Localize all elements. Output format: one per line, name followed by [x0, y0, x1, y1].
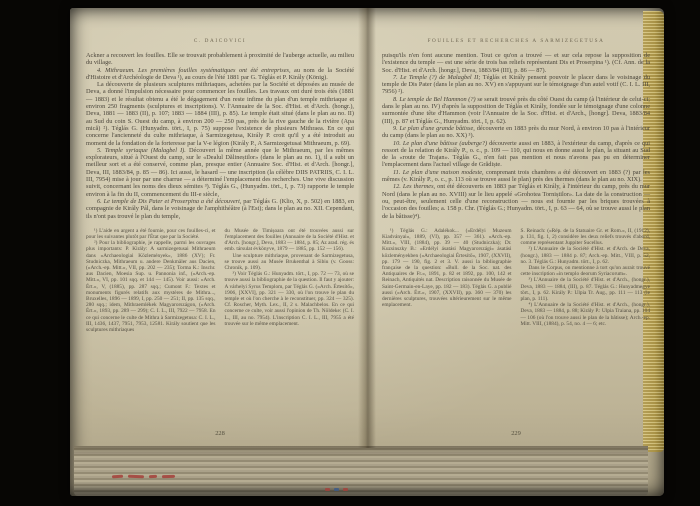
paragraph: 10. Le plan d'une bâtisse (auberge?) déc…: [382, 140, 650, 169]
book-bottom-page-block: [74, 446, 648, 496]
paragraph: La découverte de plusieurs sculptures mi…: [86, 81, 354, 147]
left-page-footnotes: ¹) L'aide en argent a été fournie, pour …: [86, 228, 354, 333]
right-page-body: puisqu'ils n'en font aucune mention. Tou…: [382, 52, 650, 220]
right-page: FOUILLES ET RECHERCHES A SARMIZEGETUSA p…: [380, 12, 652, 440]
footnote: ³) L'Annuaire de la Société d'Hist. et d…: [521, 277, 651, 302]
open-book-scan: C. DAICOVICI Ackner a recouvert les foui…: [70, 8, 664, 496]
paragraph: 7. Le Temple (?) de Malagbel II; Téglás …: [382, 74, 650, 96]
color-specks: [325, 488, 348, 491]
page-number-left: 228: [84, 430, 356, 437]
footnote: ¹) Téglás G.: Adalékok... («Erdélyi Muze…: [382, 228, 512, 309]
footnote: ³) Voir Téglás G.: Hunyadm. tört., I, pp…: [225, 271, 355, 327]
photo-of-book-spread: { "photo": { "paper_color": "#cdc5ab", "…: [0, 0, 700, 506]
paragraph: puisqu'ils n'en font aucune mention. Tou…: [382, 52, 650, 74]
footnote: ⁴) L'Annuaire de la Société d'Hist. et d…: [521, 302, 651, 327]
footnote: Une sculpture mithriaque, provenant de S…: [225, 253, 355, 272]
book-gutter-shadow: [358, 8, 376, 448]
footnote: ²) L'Annuaire de la Société d'Hist. et d…: [521, 246, 651, 265]
footnote-column: du Musée de Timișoara ont été trouvées a…: [225, 228, 355, 333]
page-number-right: 229: [380, 430, 652, 437]
paragraph: 5. Temple syriaque (Malagbel I). Découve…: [86, 147, 354, 198]
paragraph: Ackner a recouvert les fouilles. Elle se…: [86, 52, 354, 67]
paragraph: 4. Mithraeum. Les premières fouilles sys…: [86, 67, 354, 82]
red-ink-marks: [112, 472, 175, 480]
left-page: C. DAICOVICI Ackner a recouvert les foui…: [84, 12, 356, 440]
paragraph: 8. Le temple de Bel Hammon (?) se serait…: [382, 96, 650, 125]
footnote-column: S. Reinach: («Rép. de la Statuaire Gr. e…: [521, 228, 651, 327]
footnote-continuation: S. Reinach: («Rép. de la Statuaire Gr. e…: [521, 228, 651, 247]
footnote: Dans le Corpus, on mentionne à tort qu'o…: [521, 265, 651, 277]
footnote-column: ¹) L'aide en argent a été fournie, pour …: [86, 228, 216, 333]
running-header-right: FOUILLES ET RECHERCHES A SARMIZEGETUSA: [382, 38, 650, 44]
running-header-left: C. DAICOVICI: [86, 38, 354, 44]
footnote: ¹) L'aide en argent a été fournie, pour …: [86, 228, 216, 240]
paragraph: 9. Le plan d'une grande bâtisse, découve…: [382, 125, 650, 140]
left-page-body: Ackner a recouvert les fouilles. Elle se…: [86, 52, 354, 220]
paragraph: 11. Le plan d'une maison modeste, compre…: [382, 169, 650, 184]
right-page-footnotes: ¹) Téglás G.: Adalékok... («Erdélyi Muze…: [382, 228, 650, 327]
paragraph: 12. Les thermes, ont été découverts en 1…: [382, 183, 650, 219]
footnote-continuation: du Musée de Timișoara ont été trouvées a…: [225, 228, 355, 253]
paragraph: 6. Le temple de Dis Pater et Proserpina …: [86, 198, 354, 220]
footnote-column: ¹) Téglás G.: Adalékok... («Erdélyi Muze…: [382, 228, 512, 327]
footnote: ²) Pour la bibliographie, je rappelle, p…: [86, 240, 216, 333]
